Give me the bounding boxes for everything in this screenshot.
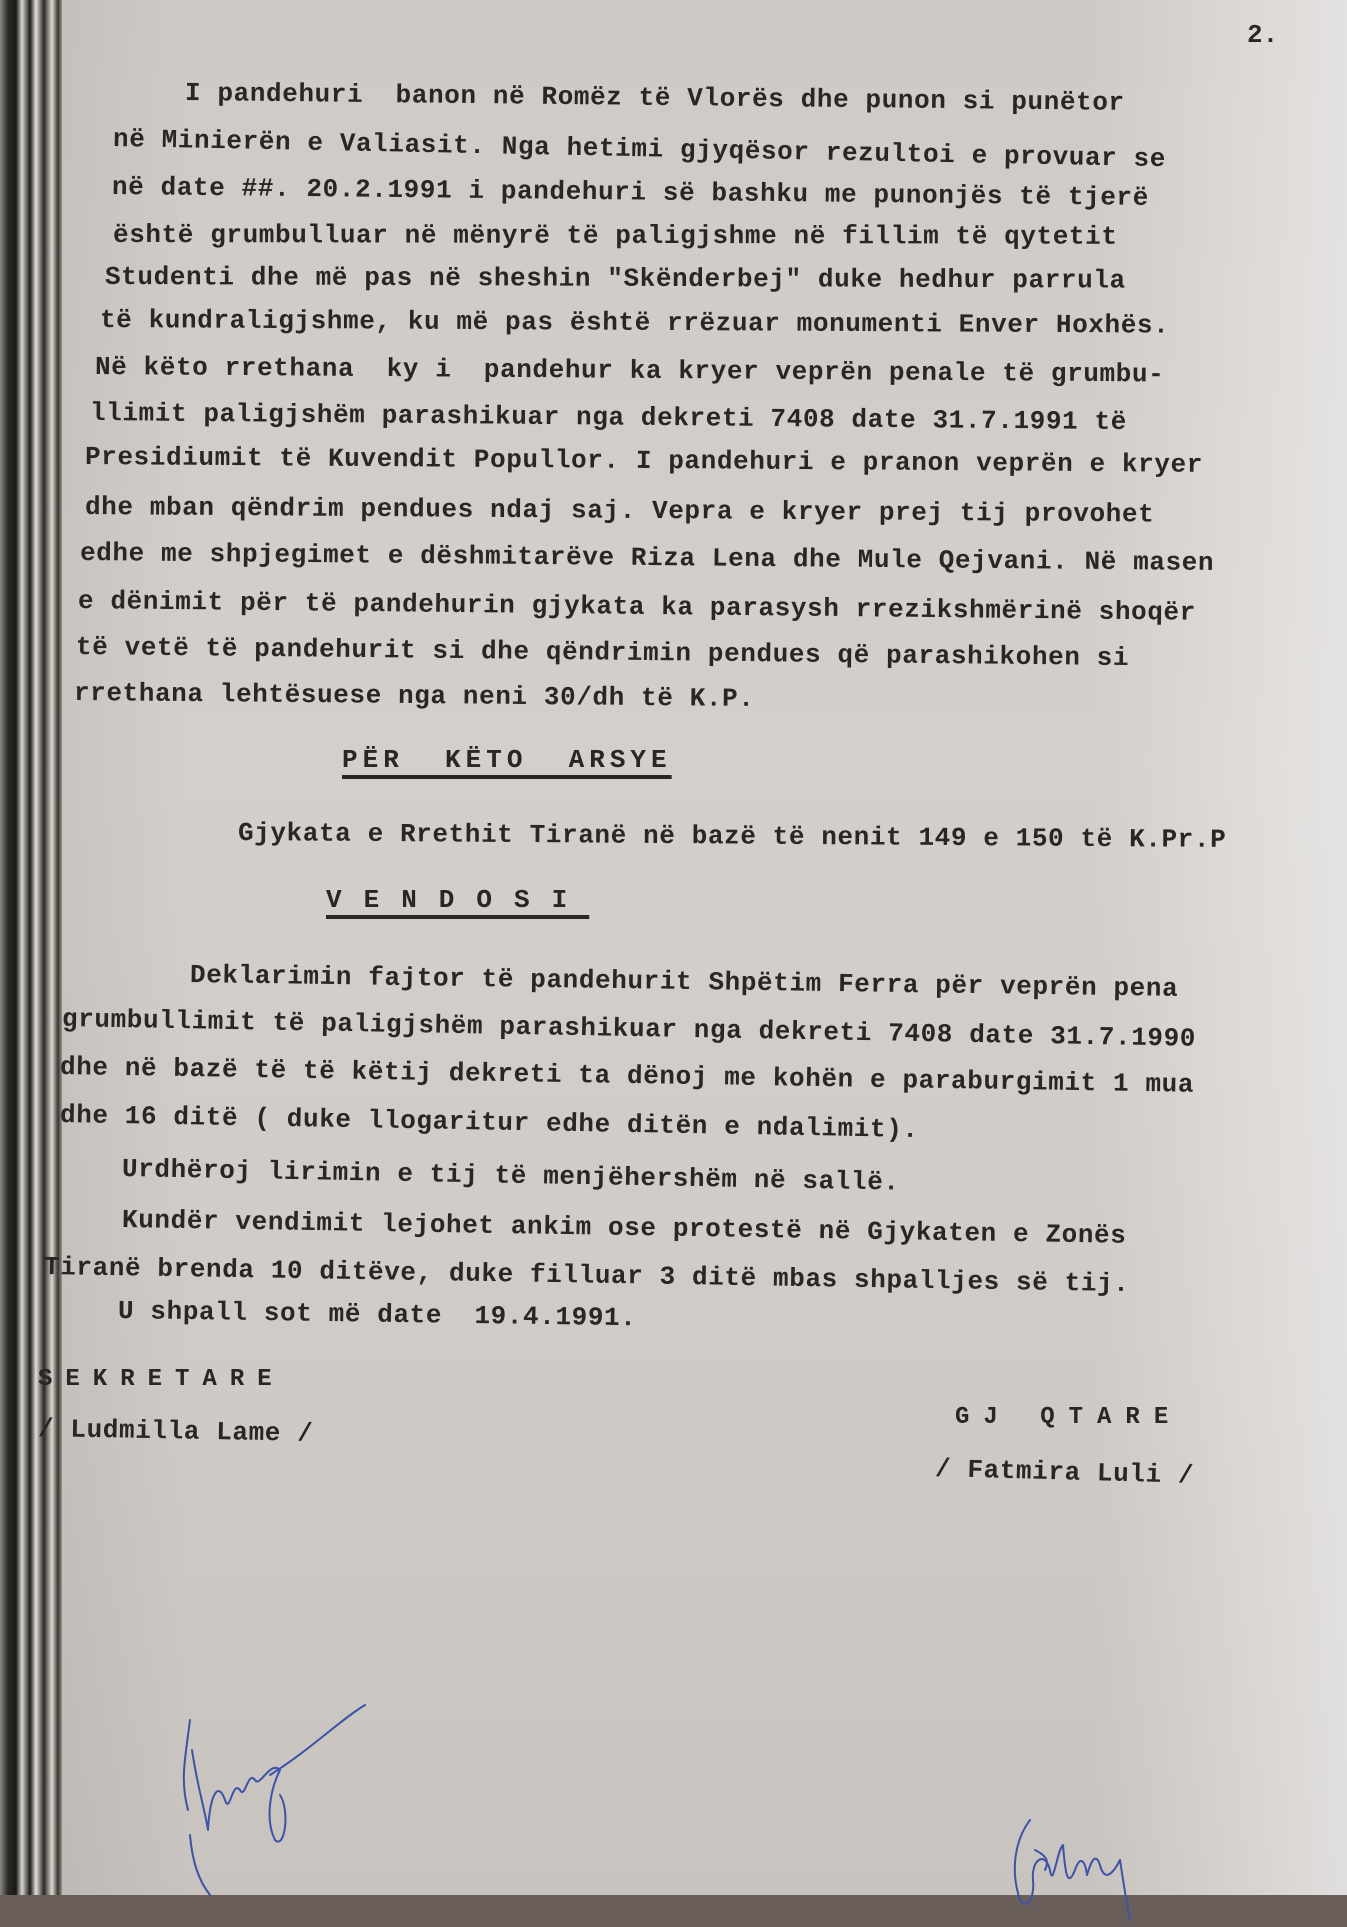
body-line: rrethana lehtësuese nga neni 30/dh të K.…: [74, 678, 755, 714]
table-surface: [0, 1895, 1347, 1927]
body-line: është grumbulluar në mënyrë të paligjshm…: [113, 220, 1118, 252]
body-line: të kundraligjshme, ku më pas është rrëzu…: [100, 305, 1170, 341]
binder-edge: [0, 0, 70, 1927]
secretary-name: / Ludmilla Lame /: [38, 1414, 314, 1449]
page-number: 2.: [1247, 20, 1278, 50]
secretary-title: SEKRETARE: [38, 1366, 285, 1393]
heading-decision: VENDOSI: [326, 885, 589, 915]
heading-reasons: PËR KËTO ARSYE: [342, 745, 672, 775]
body-line: Studenti dhe më pas në sheshin "Skënderb…: [105, 262, 1126, 296]
judge-title: GJ QTARE: [955, 1404, 1182, 1431]
